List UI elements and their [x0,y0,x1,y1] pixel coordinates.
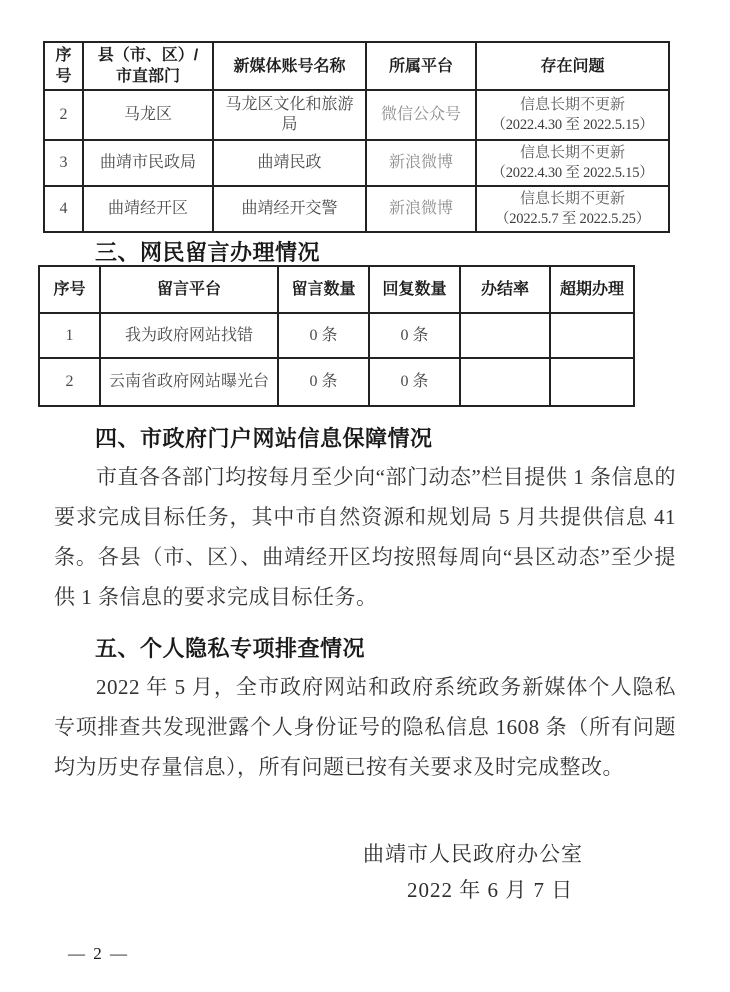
issue-date-range: （2022.5.7 至 2022.5.25） [482,209,663,229]
section-heading-privacy-check: 五、个人隐私专项排查情况 [95,632,365,663]
table-row: 3 曲靖市民政局 曲靖民政 新浪微博 信息长期不更新 （2022.4.30 至 … [44,140,669,186]
msg-header-overdue: 超期办理 [550,266,634,313]
cell-platform: 新浪微博 [366,186,476,232]
msg-header-rate: 办结率 [460,266,550,313]
section5-paragraph: 2022 年 5 月，全市政府网站和政府系统政务新媒体个人隐私专项排查共发现泄露… [54,667,676,787]
cell-platform: 微信公众号 [366,90,476,140]
section-heading-netizen-messages: 三、网民留言办理情况 [95,236,320,267]
media-header-dept-line2: 市直部门 [89,66,207,87]
cell-platform: 新浪微博 [366,140,476,186]
msg-header-reply: 回复数量 [369,266,460,313]
msg-header-platform: 留言平台 [100,266,278,313]
signature-org: 曲靖市人民政府办公室 [363,838,583,868]
issue-date-range: （2022.4.30 至 2022.5.15） [482,115,663,135]
issue-date-range: （2022.4.30 至 2022.5.15） [482,163,663,183]
message-handling-table: 序号 留言平台 留言数量 回复数量 办结率 超期办理 1 我为政府网站找错 0 … [38,265,635,407]
media-header-dept: 县（市、区）/ 市直部门 [83,42,213,90]
msg-header-count: 留言数量 [278,266,369,313]
cell-dept: 马龙区 [83,90,213,140]
table-row: 4 曲靖经开区 曲靖经开交警 新浪微博 信息长期不更新 （2022.5.7 至 … [44,186,669,232]
media-header-no: 序号 [44,42,83,90]
table-row: 1 我为政府网站找错 0 条 0 条 [39,313,634,358]
cell-issue: 信息长期不更新 （2022.5.7 至 2022.5.25） [476,186,669,232]
cell-overdue [550,358,634,406]
media-accounts-table: 序号 县（市、区）/ 市直部门 新媒体账号名称 所属平台 存在问题 2 马龙区 … [43,41,670,233]
cell-count: 0 条 [278,358,369,406]
cell-issue: 信息长期不更新 （2022.4.30 至 2022.5.15） [476,90,669,140]
media-header-account: 新媒体账号名称 [213,42,366,90]
section4-paragraph: 市直各各部门均按每月至少向“部门动态”栏目提供 1 条信息的要求完成目标任务，其… [54,457,676,617]
message-table-header-row: 序号 留言平台 留言数量 回复数量 办结率 超期办理 [39,266,634,313]
section-heading-portal-info: 四、市政府门户网站信息保障情况 [95,422,433,453]
cell-no: 1 [39,313,100,358]
cell-reply: 0 条 [369,313,460,358]
cell-account: 曲靖经开交警 [213,186,366,232]
cell-rate [460,358,550,406]
media-header-platform: 所属平台 [366,42,476,90]
signature-date: 2022 年 6 月 7 日 [407,874,573,904]
document-page: 序号 县（市、区）/ 市直部门 新媒体账号名称 所属平台 存在问题 2 马龙区 … [0,0,730,992]
cell-platform: 云南省政府网站曝光台 [100,358,278,406]
issue-text: 信息长期不更新 [482,189,663,209]
issue-text: 信息长期不更新 [482,143,663,163]
cell-no: 2 [39,358,100,406]
table-row: 2 马龙区 马龙区文化和旅游局 微信公众号 信息长期不更新 （2022.4.30… [44,90,669,140]
cell-no: 2 [44,90,83,140]
cell-account: 曲靖民政 [213,140,366,186]
cell-no: 3 [44,140,83,186]
cell-overdue [550,313,634,358]
cell-no: 4 [44,186,83,232]
cell-rate [460,313,550,358]
cell-dept: 曲靖市民政局 [83,140,213,186]
table-row: 2 云南省政府网站曝光台 0 条 0 条 [39,358,634,406]
cell-platform: 我为政府网站找错 [100,313,278,358]
msg-header-no: 序号 [39,266,100,313]
cell-account: 马龙区文化和旅游局 [213,90,366,140]
cell-count: 0 条 [278,313,369,358]
cell-issue: 信息长期不更新 （2022.4.30 至 2022.5.15） [476,140,669,186]
cell-dept: 曲靖经开区 [83,186,213,232]
media-table-header-row: 序号 县（市、区）/ 市直部门 新媒体账号名称 所属平台 存在问题 [44,42,669,90]
page-number: — 2 — [68,944,129,964]
cell-reply: 0 条 [369,358,460,406]
media-header-dept-line1: 县（市、区）/ [89,45,207,66]
media-header-issue: 存在问题 [476,42,669,90]
issue-text: 信息长期不更新 [482,95,663,115]
